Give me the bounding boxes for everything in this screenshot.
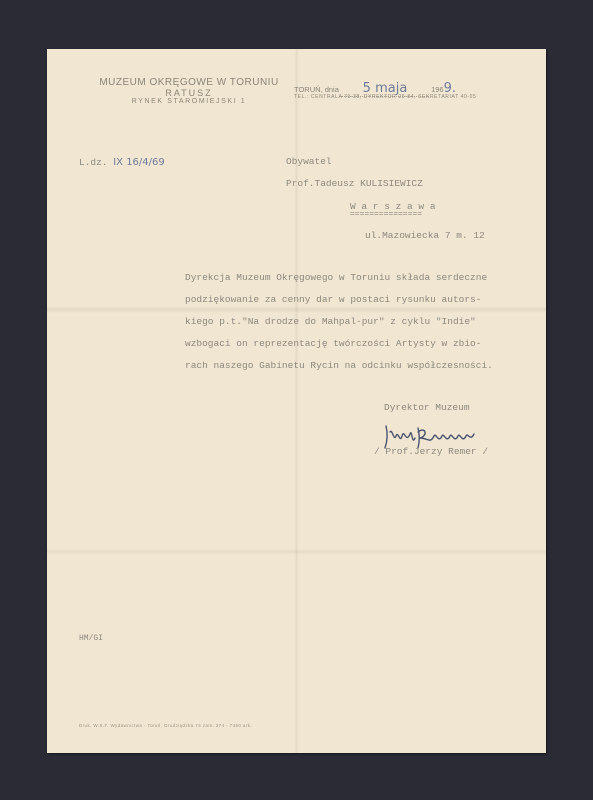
- signatory-name: / Prof.Jerzy Remer /: [374, 446, 488, 457]
- reference-number: L.dz. IX 16/4/69: [79, 157, 165, 168]
- place-label: TORUŃ, dnia: [294, 85, 339, 94]
- letterhead: MUZEUM OKRĘGOWE W TORUNIU RATUSZ RYNEK S…: [83, 77, 295, 105]
- recipient-name: Prof.Tadeusz KULISIEWICZ: [286, 178, 423, 189]
- institution-name: MUZEUM OKRĘGOWE W TORUNIU: [83, 77, 295, 88]
- signatory-title: Dyrektor Muzeum: [384, 402, 470, 413]
- letter-paper: MUZEUM OKRĘGOWE W TORUNIU RATUSZ RYNEK S…: [47, 49, 546, 753]
- institution-address: RYNEK STAROMIEJSKI 1: [83, 98, 295, 105]
- body-line: podziękowanie za cenny dar w postaci rys…: [185, 289, 545, 311]
- year-prefix: 196: [431, 85, 444, 94]
- letter-body: Dyrekcja Muzeum Okręgowego w Toruniu skł…: [185, 267, 545, 377]
- body-line: rach naszego Gabinetu Rycin na odcinku w…: [185, 355, 545, 377]
- typist-initials: HM/GI: [79, 634, 103, 643]
- printer-note: Druk. W.S.F. Wydawnictwa - Toruń, Grudzi…: [79, 723, 252, 728]
- reference-handwritten: IX 16/4/69: [113, 157, 165, 168]
- recipient-salutation: Obywatel: [286, 156, 332, 167]
- reference-label: L.dz.: [79, 157, 108, 168]
- building-name: RATUSZ: [83, 88, 295, 98]
- body-line: Dyrekcja Muzeum Okręgowego w Toruniu skł…: [185, 267, 545, 289]
- body-line: wzbogaci on reprezentację twórczości Art…: [185, 333, 545, 355]
- phone-numbers: TEL.: CENTRALA 70-38, DYREKTOR 26-84, SE…: [294, 94, 476, 100]
- body-line: kiego p.t."Na drodze do Mahpal-pur" z cy…: [185, 311, 545, 333]
- recipient-street: ul.Mazowiecka 7 m. 12: [365, 230, 485, 241]
- city-underline: ===============: [350, 210, 422, 219]
